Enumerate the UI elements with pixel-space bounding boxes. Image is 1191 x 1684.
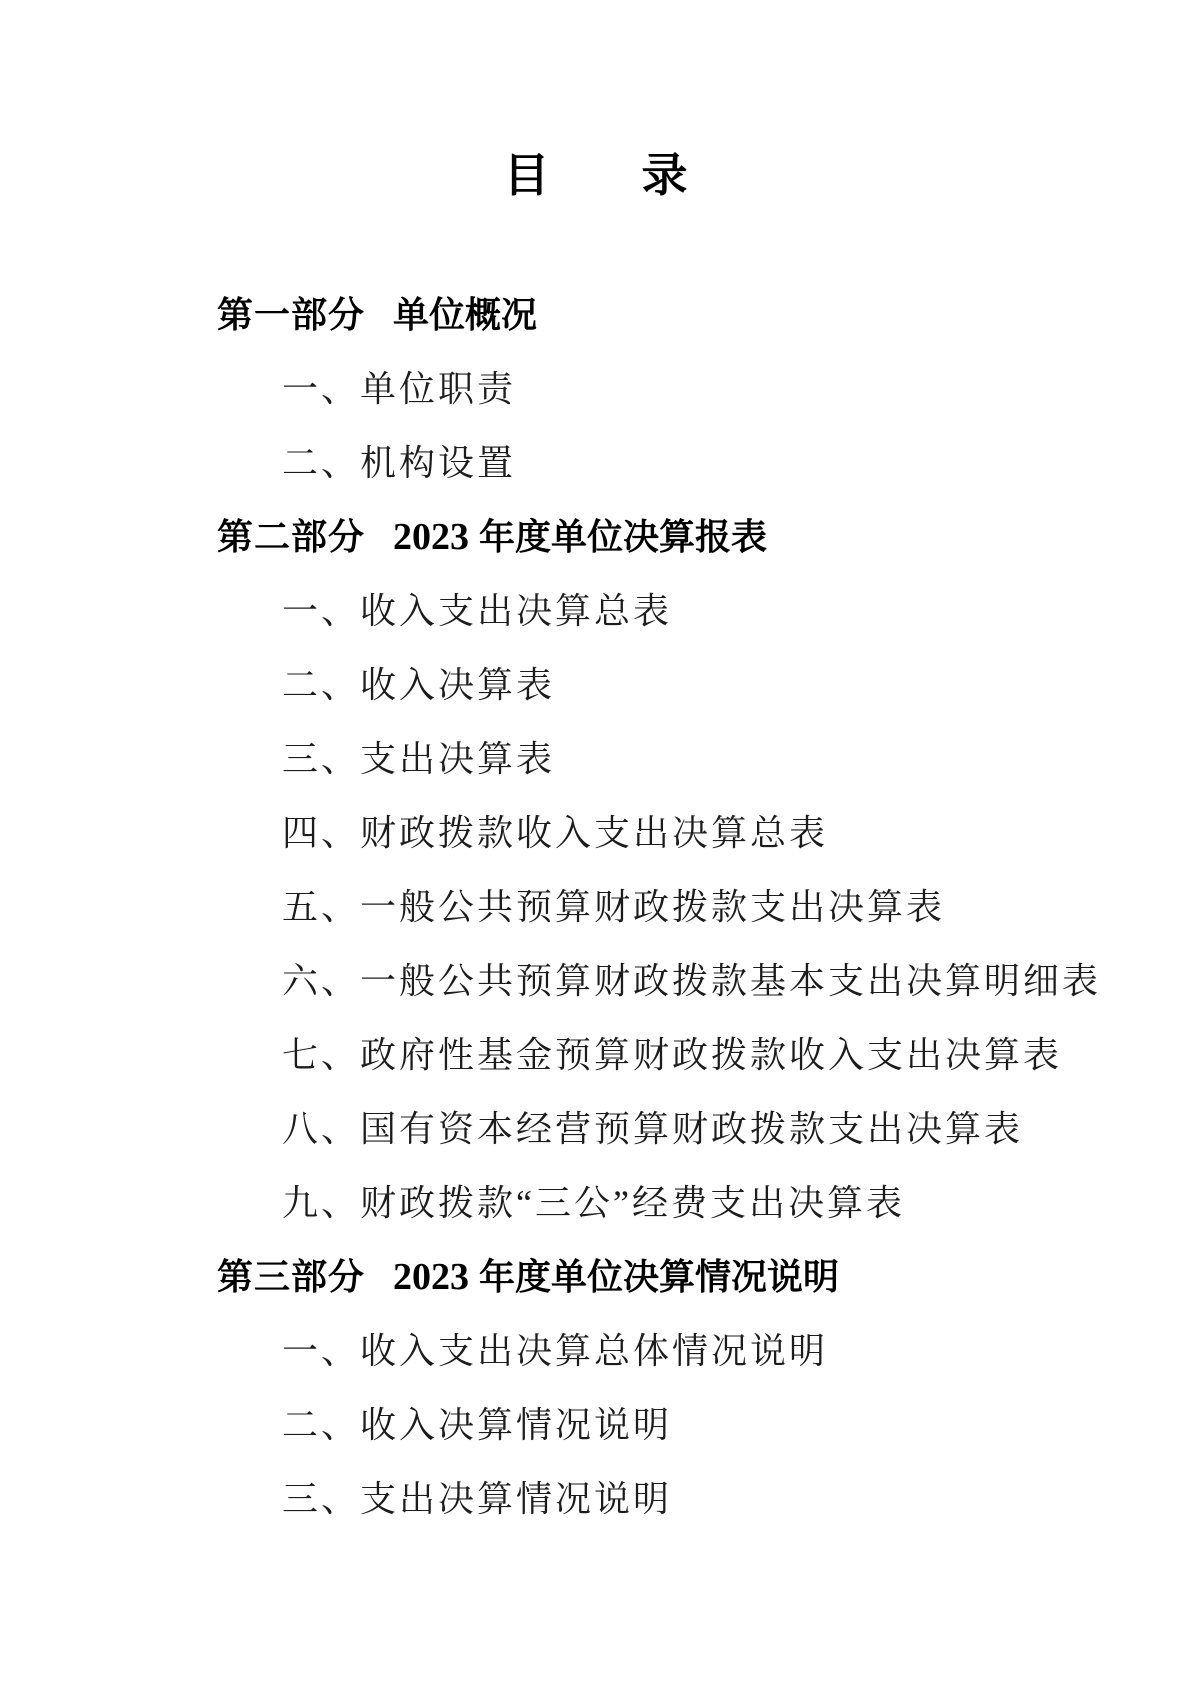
document-title: 目 录: [0, 152, 1191, 198]
section-label: 第三部分: [217, 1240, 393, 1314]
toc-item: 二、收入决算情况说明: [0, 1388, 1191, 1462]
toc-item: 八、国有资本经营预算财政拨款支出决算表: [0, 1092, 1191, 1166]
toc-item-text: 二、机构设置: [282, 443, 516, 483]
toc-item: 七、政府性基金预算财政拨款收入支出决算表: [0, 1018, 1191, 1092]
toc-item-text: 一、收入支出决算总表: [282, 591, 672, 631]
section-year: 2023: [393, 1256, 469, 1298]
toc-item-text: 九、财政拨款“三公”经费支出决算表: [282, 1183, 905, 1223]
section-heading-3: 第三部分2023年度单位决算情况说明: [0, 1240, 1191, 1314]
section-label: 第二部分: [217, 500, 393, 574]
toc-item-text: 一、收入支出决算总体情况说明: [282, 1331, 828, 1371]
section-title: 年度单位决算报表: [479, 516, 767, 557]
toc-item-text: 三、支出决算情况说明: [282, 1479, 672, 1519]
section-title: 单位概况: [393, 294, 537, 335]
toc-item: 九、财政拨款“三公”经费支出决算表: [0, 1166, 1191, 1240]
section-title: 年度单位决算情况说明: [479, 1256, 839, 1297]
toc-item-text: 二、收入决算情况说明: [282, 1405, 672, 1445]
toc-item: 三、支出决算表: [0, 722, 1191, 796]
toc-item-text: 七、政府性基金预算财政拨款收入支出决算表: [282, 1035, 1062, 1075]
toc-item: 六、一般公共预算财政拨款基本支出决算明细表: [0, 944, 1191, 1018]
toc-item: 三、支出决算情况说明: [0, 1462, 1191, 1536]
toc-item: 二、收入决算表: [0, 648, 1191, 722]
toc-item-text: 六、一般公共预算财政拨款基本支出决算明细表: [282, 961, 1101, 1001]
section-heading-1: 第一部分单位概况: [0, 278, 1191, 352]
toc-item-text: 四、财政拨款收入支出决算总表: [282, 813, 828, 853]
toc-item: 一、单位职责: [0, 352, 1191, 426]
toc-item: 一、收入支出决算总表: [0, 574, 1191, 648]
document-page: 目 录 第一部分单位概况 一、单位职责 二、机构设置 第二部分2023年度单位决…: [0, 0, 1191, 1684]
toc-item-text: 二、收入决算表: [282, 665, 555, 705]
toc-item: 四、财政拨款收入支出决算总表: [0, 796, 1191, 870]
toc-item: 五、一般公共预算财政拨款支出决算表: [0, 870, 1191, 944]
toc-item-text: 八、国有资本经营预算财政拨款支出决算表: [282, 1109, 1023, 1149]
section-heading-2: 第二部分2023年度单位决算报表: [0, 500, 1191, 574]
section-label: 第一部分: [217, 278, 393, 352]
toc-item: 二、机构设置: [0, 426, 1191, 500]
section-year: 2023: [393, 516, 469, 558]
toc-item-text: 五、一般公共预算财政拨款支出决算表: [282, 887, 945, 927]
toc-item: 一、收入支出决算总体情况说明: [0, 1314, 1191, 1388]
toc-item-text: 三、支出决算表: [282, 739, 555, 779]
toc-item-text: 一、单位职责: [282, 369, 516, 409]
table-of-contents: 第一部分单位概况 一、单位职责 二、机构设置 第二部分2023年度单位决算报表 …: [0, 278, 1191, 1536]
